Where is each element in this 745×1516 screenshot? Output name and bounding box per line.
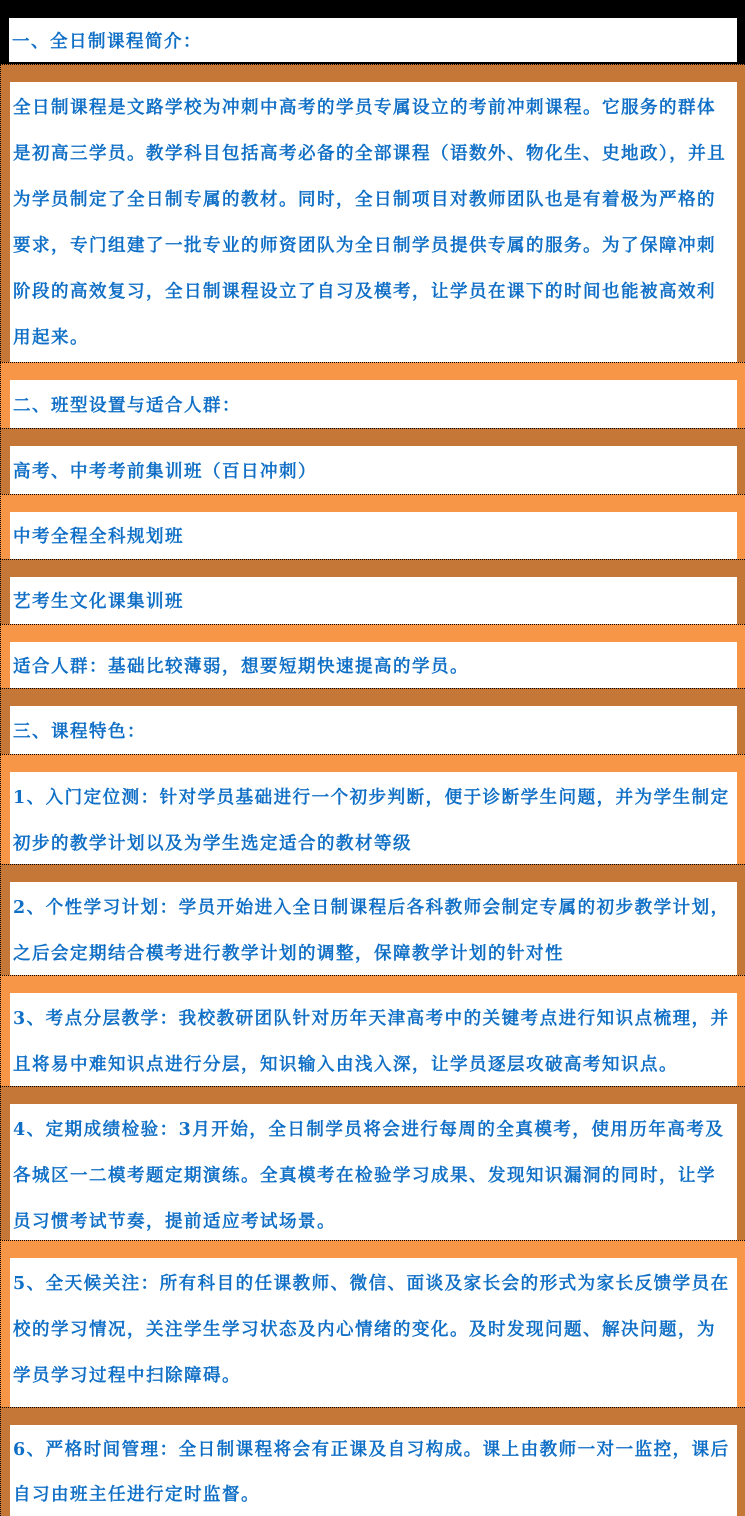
feature-item: 4、定期成绩检验：3月开始，全日制学员将会进行每周的全真模考，使用历年高考及各城… — [10, 1104, 737, 1240]
class-item-band: 艺考生文化课集训班 — [0, 559, 745, 624]
heading-text: 二、班型设置与适合人群： — [13, 392, 241, 417]
intro-band: 全日制课程是文路学校为冲刺中高考的学员专属设立的考前冲刺课程。它服务的群体是初高… — [0, 64, 745, 362]
feature-text: 2、个性学习计划：学员开始进入全日制课程后各科教师会制定专属的初步教学计划，之后… — [13, 882, 734, 977]
feature-band: 5、全天候关注：所有科目的任课教师、微信、面谈及家长会的形式为家长反馈学员在校的… — [0, 1240, 745, 1407]
feature-text: 5、全天候关注：所有科目的任课教师、微信、面谈及家长会的形式为家长反馈学员在校的… — [13, 1258, 734, 1399]
heading-text: 一、全日制课程简介： — [12, 28, 202, 53]
heading-text: 三、课程特色： — [13, 718, 146, 743]
audience-band: 适合人群：基础比较薄弱，想要短期快速提高的学员。 — [0, 624, 745, 688]
section-heading-features: 三、课程特色： — [10, 706, 737, 754]
feature-item: 6、严格时间管理：全日制课程将会有正课及自习构成。课上由教师一对一监控，课后自习… — [10, 1425, 737, 1516]
intro-box: 全日制课程是文路学校为冲刺中高考的学员专属设立的考前冲刺课程。它服务的群体是初高… — [10, 82, 737, 362]
feature-band: 2、个性学习计划：学员开始进入全日制课程后各科教师会制定专属的初步教学计划，之后… — [0, 864, 745, 975]
feature-band: 4、定期成绩检验：3月开始，全日制学员将会进行每周的全真模考，使用历年高考及各城… — [0, 1086, 745, 1240]
class-item-band: 高考、中考考前集训班（百日冲刺） — [0, 428, 745, 494]
audience-text: 适合人群：基础比较薄弱，想要短期快速提高的学员。 — [13, 653, 469, 678]
feature-band: 3、考点分层教学：我校教研团队针对历年天津高考中的关键考点进行知识点梳理，并且将… — [0, 975, 745, 1086]
feature-item: 2、个性学习计划：学员开始进入全日制课程后各科教师会制定专属的初步教学计划，之后… — [10, 882, 737, 975]
class-item-band: 中考全程全科规划班 — [0, 494, 745, 559]
feature-item: 5、全天候关注：所有科目的任课教师、微信、面谈及家长会的形式为家长反馈学员在校的… — [10, 1258, 737, 1407]
feature-item: 3、考点分层教学：我校教研团队针对历年天津高考中的关键考点进行知识点梳理，并且将… — [10, 993, 737, 1086]
feature-text: 1、入门定位测：针对学员基础进行一个初步判断，便于诊断学生问题，并为学生制定初步… — [13, 772, 734, 867]
section-heading-features-band: 三、课程特色： — [0, 688, 745, 754]
feature-band: 6、严格时间管理：全日制课程将会有正课及自习构成。课上由教师一对一监控，课后自习… — [0, 1407, 745, 1516]
feature-band: 1、入门定位测：针对学员基础进行一个初步判断，便于诊断学生问题，并为学生制定初步… — [0, 754, 745, 864]
feature-text: 6、严格时间管理：全日制课程将会有正课及自习构成。课上由教师一对一监控，课后自习… — [13, 1425, 734, 1516]
section-heading-classes-band: 二、班型设置与适合人群： — [0, 362, 745, 428]
audience-box: 适合人群：基础比较薄弱，想要短期快速提高的学员。 — [10, 642, 737, 688]
class-item-text: 艺考生文化课集训班 — [13, 588, 184, 613]
feature-text: 4、定期成绩检验：3月开始，全日制学员将会进行每周的全真模考，使用历年高考及各城… — [13, 1104, 734, 1245]
class-item: 艺考生文化课集训班 — [10, 577, 737, 624]
intro-paragraph: 全日制课程是文路学校为冲刺中高考的学员专属设立的考前冲刺课程。它服务的群体是初高… — [13, 82, 734, 361]
class-item: 中考全程全科规划班 — [10, 512, 737, 559]
class-item-text: 高考、中考考前集训班（百日冲刺） — [13, 458, 317, 483]
section-heading-intro: 一、全日制课程简介： — [9, 18, 737, 62]
feature-item: 1、入门定位测：针对学员基础进行一个初步判断，便于诊断学生问题，并为学生制定初步… — [10, 772, 737, 864]
feature-text: 3、考点分层教学：我校教研团队针对历年天津高考中的关键考点进行知识点梳理，并且将… — [13, 993, 734, 1088]
class-item: 高考、中考考前集训班（百日冲刺） — [10, 446, 737, 494]
class-item-text: 中考全程全科规划班 — [13, 523, 184, 548]
section-heading-classes: 二、班型设置与适合人群： — [10, 380, 737, 428]
